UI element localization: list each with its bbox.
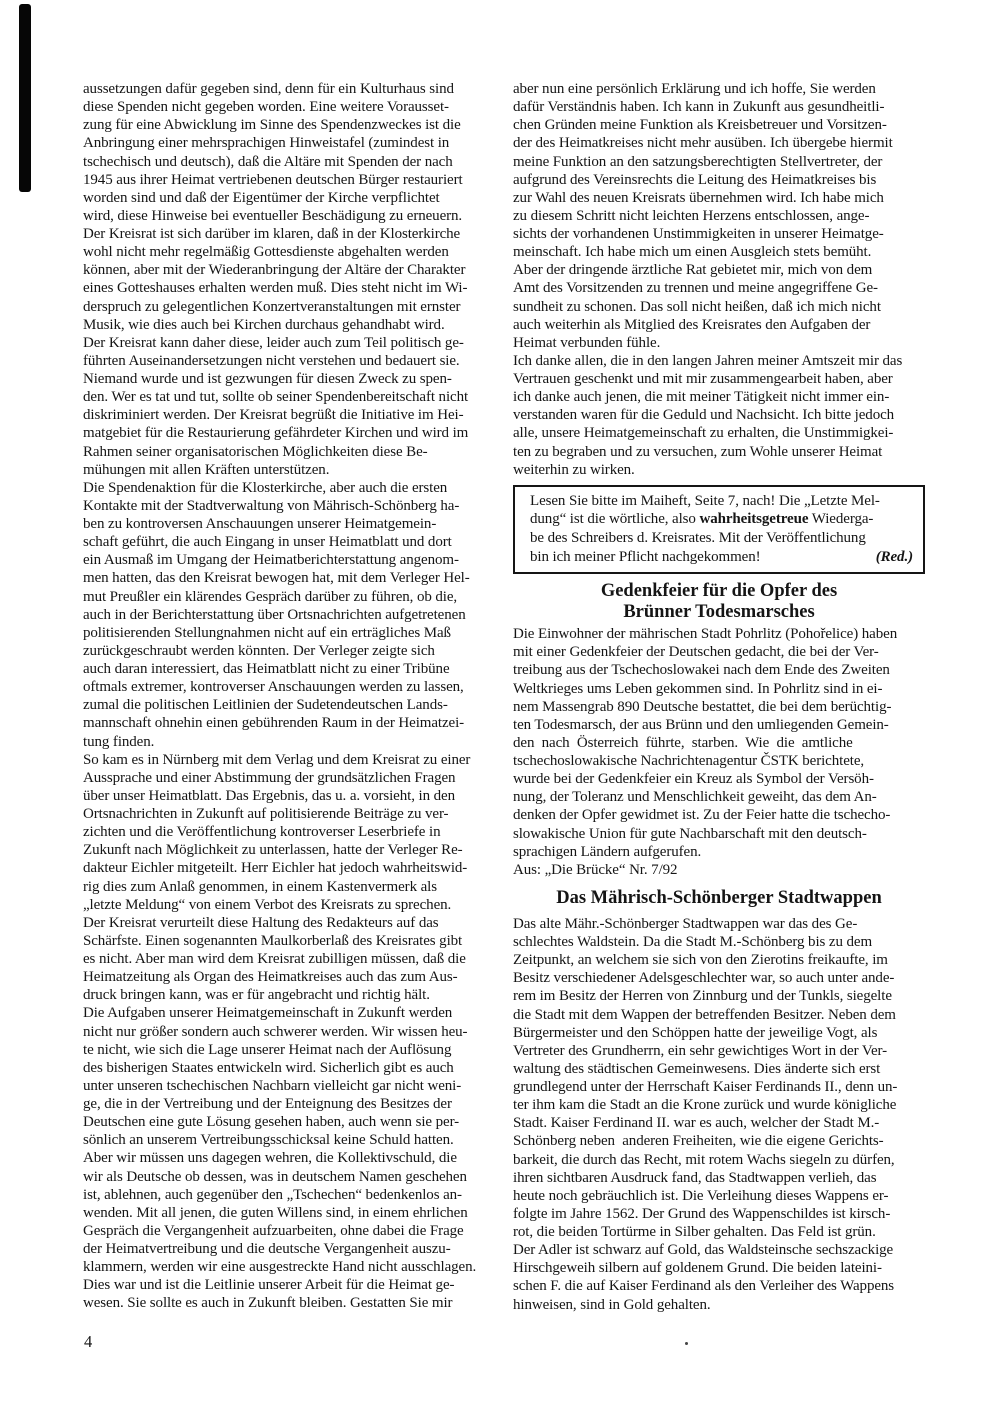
note-line: dung“ ist die wörtliche, also wahrheitsg… xyxy=(530,510,913,529)
body-paragraph: Die Einwohner der mährischen Stadt Pohrl… xyxy=(513,625,925,879)
body-paragraph: Die Aufgaben unserer Heimatgemeinschaft … xyxy=(83,1004,502,1312)
note-text: dung“ ist die wörtliche, also xyxy=(530,511,699,527)
note-line: be des Schreibers d. Kreisrates. Mit der… xyxy=(530,529,913,548)
editor-note-box: Lesen Sie bitte im Maiheft, Seite 7, nac… xyxy=(513,485,925,574)
body-paragraph: Die Spendenaktion für die Klosterkirche,… xyxy=(83,479,502,751)
editor-signature: (Red.) xyxy=(876,548,913,567)
scan-artifact-bar xyxy=(19,4,31,192)
body-paragraph: Das alte Mähr.-Schönberger Stadtwappen w… xyxy=(513,915,925,1314)
note-line: Lesen Sie bitte im Maiheft, Seite 7, nac… xyxy=(530,492,913,511)
body-paragraph: Ich danke allen, die in den langen Jahre… xyxy=(513,352,925,479)
note-text: bin ich meiner Pflicht nachgekommen! xyxy=(530,548,761,567)
page-number: 4 xyxy=(84,1332,92,1352)
section-heading: Das Mährisch-Schönberger Stadtwappen xyxy=(513,888,925,909)
left-column: aussetzungen dafür gegeben sind, denn fü… xyxy=(83,80,502,1313)
note-line: bin ich meiner Pflicht nachgekommen!(Red… xyxy=(530,548,913,567)
note-text: Wiederga- xyxy=(808,511,873,527)
right-column: aber nun eine persönlich Erklärung und i… xyxy=(513,80,925,1314)
body-paragraph: So kam es in Nürnberg mit dem Verlag und… xyxy=(83,751,502,1005)
scan-artifact-dot xyxy=(685,1342,688,1345)
note-bold-text: wahrheitsgetreue xyxy=(699,511,808,527)
section-heading: Gedenkfeier für die Opfer des Brünner To… xyxy=(513,581,925,623)
body-paragraph: aussetzungen dafür gegeben sind, denn fü… xyxy=(83,80,502,334)
body-paragraph: aber nun eine persönlich Erklärung und i… xyxy=(513,80,925,352)
scanned-page: aussetzungen dafür gegeben sind, denn fü… xyxy=(0,0,1000,1412)
body-paragraph: Der Kreisrat kann daher diese, leider au… xyxy=(83,334,502,479)
